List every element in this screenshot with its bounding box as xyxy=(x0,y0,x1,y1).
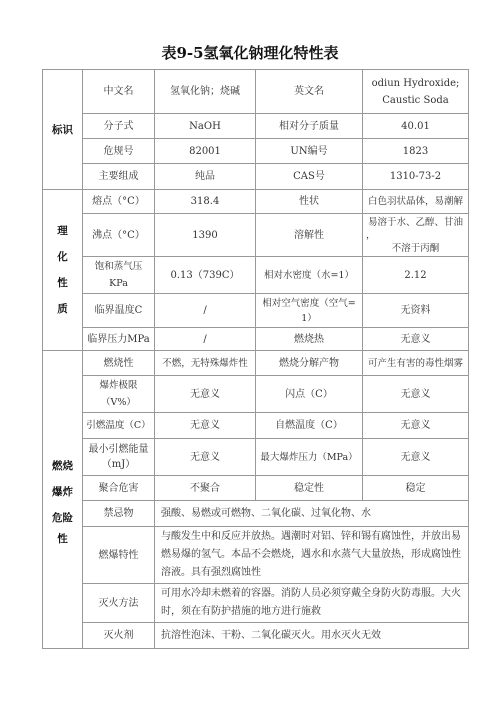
field-label: 禁忌物 xyxy=(83,501,155,527)
field-value: 无意义 xyxy=(155,376,256,413)
field-label: 燃爆特性 xyxy=(83,527,155,584)
table-row: 危规号 82001 UN编号 1823 xyxy=(43,139,469,164)
field-label: 熔点（°C） xyxy=(83,190,155,214)
field-value: 可用水冷却未燃着的容器。消防人员必须穿戴全身防火防毒服。大火时，须在有防护措施的… xyxy=(155,584,469,623)
field-label: 中文名 xyxy=(83,70,155,114)
field-value: 无意义 xyxy=(363,328,469,351)
table-row: 临界温度C / 相对空气密度（空气= 1） 无资料 xyxy=(43,294,469,328)
group-char: 燃烧 xyxy=(46,453,79,479)
field-label: 相对分子质量 xyxy=(256,114,363,139)
field-label: 沸点（°C） xyxy=(83,214,155,257)
field-label: 临界压力MPa xyxy=(83,328,155,351)
field-label: 燃烧性 xyxy=(83,351,155,376)
table-row: 爆炸极限（V%） 无意义 闪点（C） 无意义 xyxy=(43,376,469,413)
field-label: 溶解性 xyxy=(256,214,363,257)
field-value: 抗溶性泡沫、干粉、二氧化碳灭火。用水灭火无效 xyxy=(155,623,469,649)
field-label: 饱和蒸气压KPa xyxy=(83,257,155,294)
table-row: 引燃温度（C） 无意义 自燃温度（C） 无意义 xyxy=(43,413,469,439)
field-label: 主要组成 xyxy=(83,164,155,190)
field-value: 不燃，无特殊爆炸性 xyxy=(155,351,256,376)
field-value: 易溶于水、乙醇、甘油 ， 不溶于丙酮 xyxy=(363,214,469,257)
field-label: 燃烧分解产物 xyxy=(256,351,363,376)
field-value: 无意义 xyxy=(363,413,469,439)
field-value: 82001 xyxy=(155,139,256,164)
field-value: 稳定 xyxy=(363,476,469,501)
table-row: 燃爆特性 与酸发生中和反应并放热。遇潮时对铝、锌和锡有腐蚀性，并放出易燃易爆的氢… xyxy=(43,527,469,584)
field-value: 纯品 xyxy=(155,164,256,190)
field-value: 无意义 xyxy=(363,376,469,413)
table-row: 聚合危害 不聚合 稳定性 稳定 xyxy=(43,476,469,501)
value-line: odiun Hydroxide; xyxy=(366,75,465,92)
field-value: 不聚合 xyxy=(155,476,256,501)
field-value: 白色羽状晶体，易潮解 xyxy=(363,190,469,214)
group-char: 爆炸 xyxy=(46,479,79,505)
field-label: 性状 xyxy=(256,190,363,214)
field-value: 氢氧化钠；烧碱 xyxy=(155,70,256,114)
field-value: 1310-73-2 xyxy=(363,164,469,190)
group-char: 化 xyxy=(46,244,79,270)
field-label: 自燃温度（C） xyxy=(256,413,363,439)
table-row: 灭火剂 抗溶性泡沫、干粉、二氧化碳灭火。用水灭火无效 xyxy=(43,623,469,649)
field-label: 闪点（C） xyxy=(256,376,363,413)
field-label: 临界温度C xyxy=(83,294,155,328)
field-value: 1823 xyxy=(363,139,469,164)
table-row: 灭火方法 可用水冷却未燃着的容器。消防人员必须穿戴全身防火防毒服。大火时，须在有… xyxy=(43,584,469,623)
field-value: 40.01 xyxy=(363,114,469,139)
field-label: 相对空气密度（空气= 1） xyxy=(256,294,363,328)
field-label: 引燃温度（C） xyxy=(83,413,155,439)
field-value: 1390 xyxy=(155,214,256,257)
field-label: CAS号 xyxy=(256,164,363,190)
table-row: 沸点（°C） 1390 溶解性 易溶于水、乙醇、甘油 ， 不溶于丙酮 xyxy=(43,214,469,257)
field-label: UN编号 xyxy=(256,139,363,164)
field-label: 灭火方法 xyxy=(83,584,155,623)
table-row: 最小引燃能量 （mJ） 无意义 最大爆炸压力（MPa） 无意义 xyxy=(43,439,469,476)
field-label: 英文名 xyxy=(256,70,363,114)
field-value: 318.4 xyxy=(155,190,256,214)
group-char: 质 xyxy=(46,296,79,322)
field-value: 无意义 xyxy=(363,439,469,476)
field-value: 强酸、易燃或可燃物、二氧化碳、过氧化物、水 xyxy=(155,501,469,527)
table-row: 燃烧 爆炸 危险 性 燃烧性 不燃，无特殊爆炸性 燃烧分解产物 可产生有害的毒性… xyxy=(43,351,469,376)
field-value: 无意义 xyxy=(155,439,256,476)
group-char: 性 xyxy=(46,531,79,547)
label-line: 最小引燃能量 xyxy=(86,442,151,457)
label-line: 相对空气密度（空气= xyxy=(259,296,359,311)
field-value: / xyxy=(155,294,256,328)
field-label: 灭火剂 xyxy=(83,623,155,649)
value-line: ， xyxy=(366,229,465,242)
table-row: 标识 中文名 氢氧化钠；烧碱 英文名 odiun Hydroxide;Caust… xyxy=(43,70,469,114)
group-char: 理 xyxy=(46,218,79,244)
table-title: 表9-5氢氧化钠理化特性表 xyxy=(0,42,500,63)
label-line: （mJ） xyxy=(86,457,151,472)
group-char: 性 xyxy=(46,270,79,296)
table-row: 主要组成 纯品 CAS号 1310-73-2 xyxy=(43,164,469,190)
label-line: 1） xyxy=(259,311,359,326)
field-value: 可产生有害的毒性烟雾 xyxy=(363,351,469,376)
table-row: 临界压力MPa / 燃烧热 无意义 xyxy=(43,328,469,351)
group-label-physchem: 理 化 性 质 xyxy=(43,190,83,351)
field-label: 危规号 xyxy=(83,139,155,164)
field-value: NaOH xyxy=(155,114,256,139)
field-label: 最大爆炸压力（MPa） xyxy=(256,439,363,476)
group-label-identity: 标识 xyxy=(43,70,83,190)
table-row: 理 化 性 质 熔点（°C） 318.4 性状 白色羽状晶体，易潮解 xyxy=(43,190,469,214)
field-label: 分子式 xyxy=(83,114,155,139)
field-value: odiun Hydroxide;Caustic Soda xyxy=(363,70,469,114)
field-label: 燃烧热 xyxy=(256,328,363,351)
field-label: 稳定性 xyxy=(256,476,363,501)
field-label: 最小引燃能量 （mJ） xyxy=(83,439,155,476)
field-label: 聚合危害 xyxy=(83,476,155,501)
table-row: 分子式 NaOH 相对分子质量 40.01 xyxy=(43,114,469,139)
field-label: 爆炸极限（V%） xyxy=(83,376,155,413)
field-value: 与酸发生中和反应并放热。遇潮时对铝、锌和锡有腐蚀性，并放出易燃易爆的氢气。本品不… xyxy=(155,527,469,584)
table-row: 饱和蒸气压KPa 0.13（739C） 相对水密度（水=1） 2.12 xyxy=(43,257,469,294)
field-value: 2.12 xyxy=(363,257,469,294)
value-line: Caustic Soda xyxy=(366,92,465,109)
value-line: 易溶于水、乙醇、甘油 xyxy=(366,216,465,229)
value-line: 不溶于丙酮 xyxy=(366,242,465,255)
field-value: 0.13（739C） xyxy=(155,257,256,294)
group-char: 危险 xyxy=(46,505,79,531)
naoh-properties-table: 标识 中文名 氢氧化钠；烧碱 英文名 odiun Hydroxide;Caust… xyxy=(42,69,469,649)
group-label-fire-hazard: 燃烧 爆炸 危险 性 xyxy=(43,351,83,649)
table-row: 禁忌物 强酸、易燃或可燃物、二氧化碳、过氧化物、水 xyxy=(43,501,469,527)
field-value: 无资料 xyxy=(363,294,469,328)
field-value: 无意义 xyxy=(155,413,256,439)
field-value: / xyxy=(155,328,256,351)
field-label: 相对水密度（水=1） xyxy=(256,257,363,294)
